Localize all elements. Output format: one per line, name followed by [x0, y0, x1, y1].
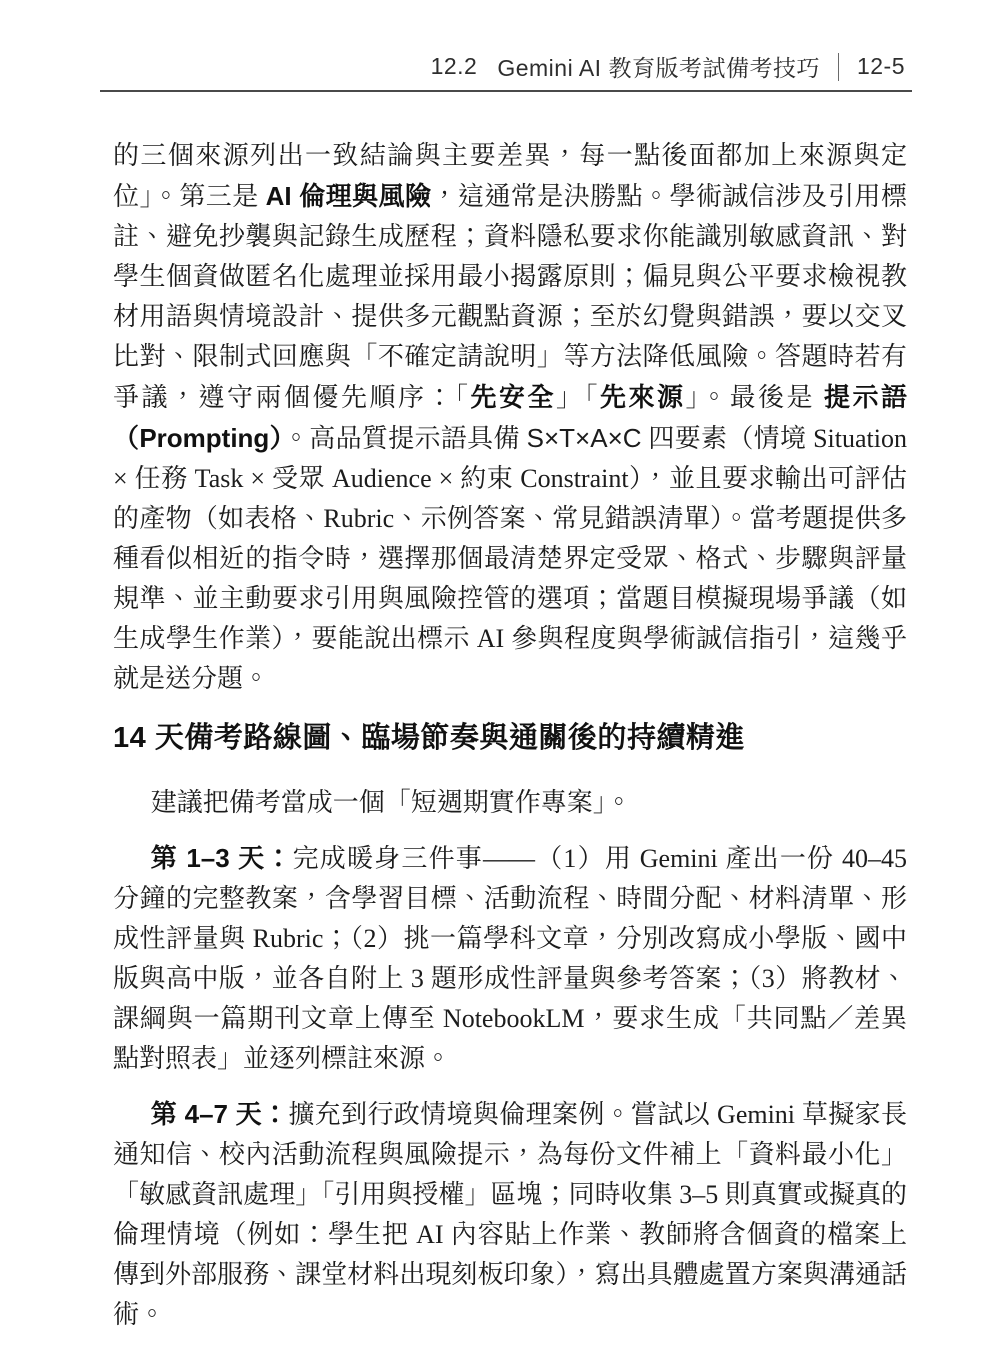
paragraph: 建議把備考當成一個「短週期實作專案」。: [113, 783, 907, 823]
emphasis-text: 先來源: [600, 382, 686, 412]
body-text: 」。最後是: [685, 383, 823, 412]
body-text: 。高品質提示語具備: [283, 424, 527, 453]
body-text: S×T×A×C: [527, 423, 642, 453]
section-heading: 14 天備考路線圖、臨場節奏與通關後的持續精進: [113, 716, 907, 760]
body-text: 建議把備考當成一個「短週期實作專案」。: [151, 788, 632, 817]
emphasis-text: 第 1–3 天：: [151, 843, 293, 873]
header-separator: [838, 53, 839, 81]
paragraph: 的三個來源列出一致結論與主要差異，每一點後面都加上來源與定位」。第三是 AI 倫…: [113, 136, 907, 699]
page-content: 的三個來源列出一致結論與主要差異，每一點後面都加上來源與定位」。第三是 AI 倫…: [113, 136, 907, 1335]
body-text: 」「: [556, 383, 600, 412]
header-section-number: 12.2: [431, 53, 478, 80]
page-header: 12.2 Gemini AI 教育版考試備考技巧 12-5: [100, 50, 905, 83]
emphasis-text: AI 倫理與風險: [266, 181, 432, 211]
body-text: 擴充到行政情境與倫理案例。嘗試以 Gemini 草擬家長通知信、校內活動流程與風…: [113, 1100, 907, 1329]
body-text: 四要素（情境 Situation × 任務 Task × 受眾 Audience…: [113, 424, 907, 693]
header-page-number: 12-5: [857, 53, 905, 80]
emphasis-text: 第 4–7 天：: [151, 1099, 289, 1129]
paragraph: 第 1–3 天：完成暖身三件事——（1）用 Gemini 產出一份 40–45 …: [113, 838, 907, 1079]
paragraph: 第 4–7 天：擴充到行政情境與倫理案例。嘗試以 Gemini 草擬家長通知信、…: [113, 1094, 907, 1335]
body-text: ，這通常是決勝點。學術誠信涉及引用標註、避免抄襲與記錄生成歷程；資料隱私要求你能…: [113, 182, 907, 412]
emphasis-text: 先安全: [470, 382, 556, 412]
body-text: 完成暖身三件事——（1）用 Gemini 產出一份 40–45 分鐘的完整教案，…: [113, 844, 907, 1073]
header-section-title: Gemini AI 教育版考試備考技巧: [497, 50, 820, 83]
header-rule: [100, 90, 912, 92]
